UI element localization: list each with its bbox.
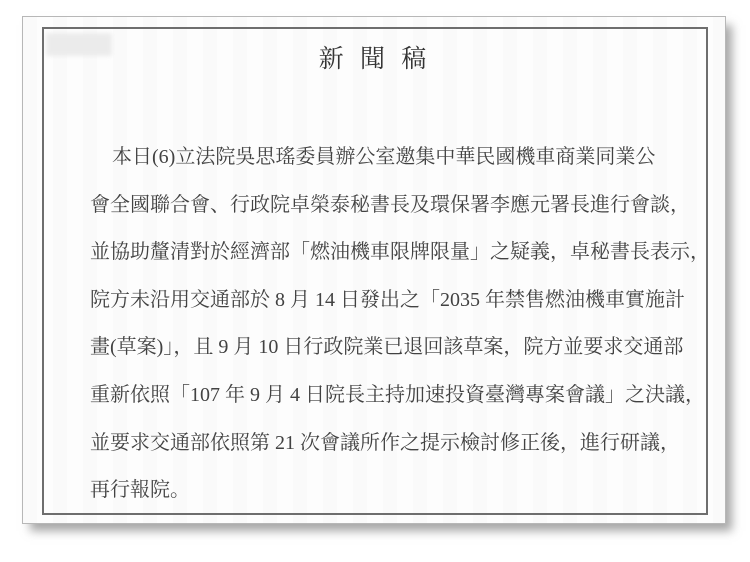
body-line: 並協助釐清對於經濟部「燃油機車限牌限量」之疑義，卓秘書長表示， bbox=[90, 229, 666, 277]
body-line: 畫(草案)」，且 9 月 10 日行政院業已退回該草案，院方並要求交通部 bbox=[90, 324, 666, 372]
body-line: 重新依照「107 年 9 月 4 日院長主持加速投資臺灣專案會議」之決議， bbox=[90, 372, 666, 420]
body-line: 會全國聯合會、行政院卓榮泰秘書長及環保署李應元署長進行會談， bbox=[90, 182, 666, 230]
body-line: 並要求交通部依照第 21 次會議所作之提示檢討修正後，進行研議， bbox=[90, 420, 666, 468]
press-release-title: 新 聞 稿 bbox=[44, 45, 706, 75]
page-background: { "document": { "title": "新 聞 稿", "body_… bbox=[0, 0, 750, 562]
body-line: 院方未沿用交通部於 8 月 14 日發出之「2035 年禁售燃油機車實施計 bbox=[90, 277, 666, 325]
document-frame: 新 聞 稿 本日(6)立法院吳思瑤委員辦公室邀集中華民國機車商業同業公 會全國聯… bbox=[42, 27, 708, 515]
press-release-body: 本日(6)立法院吳思瑤委員辦公室邀集中華民國機車商業同業公 會全國聯合會、行政院… bbox=[44, 134, 706, 515]
body-line: 本日(6)立法院吳思瑤委員辦公室邀集中華民國機車商業同業公 bbox=[90, 134, 666, 182]
body-line: 再行報院。 bbox=[90, 467, 666, 515]
document-page: 新 聞 稿 本日(6)立法院吳思瑤委員辦公室邀集中華民國機車商業同業公 會全國聯… bbox=[22, 16, 726, 524]
